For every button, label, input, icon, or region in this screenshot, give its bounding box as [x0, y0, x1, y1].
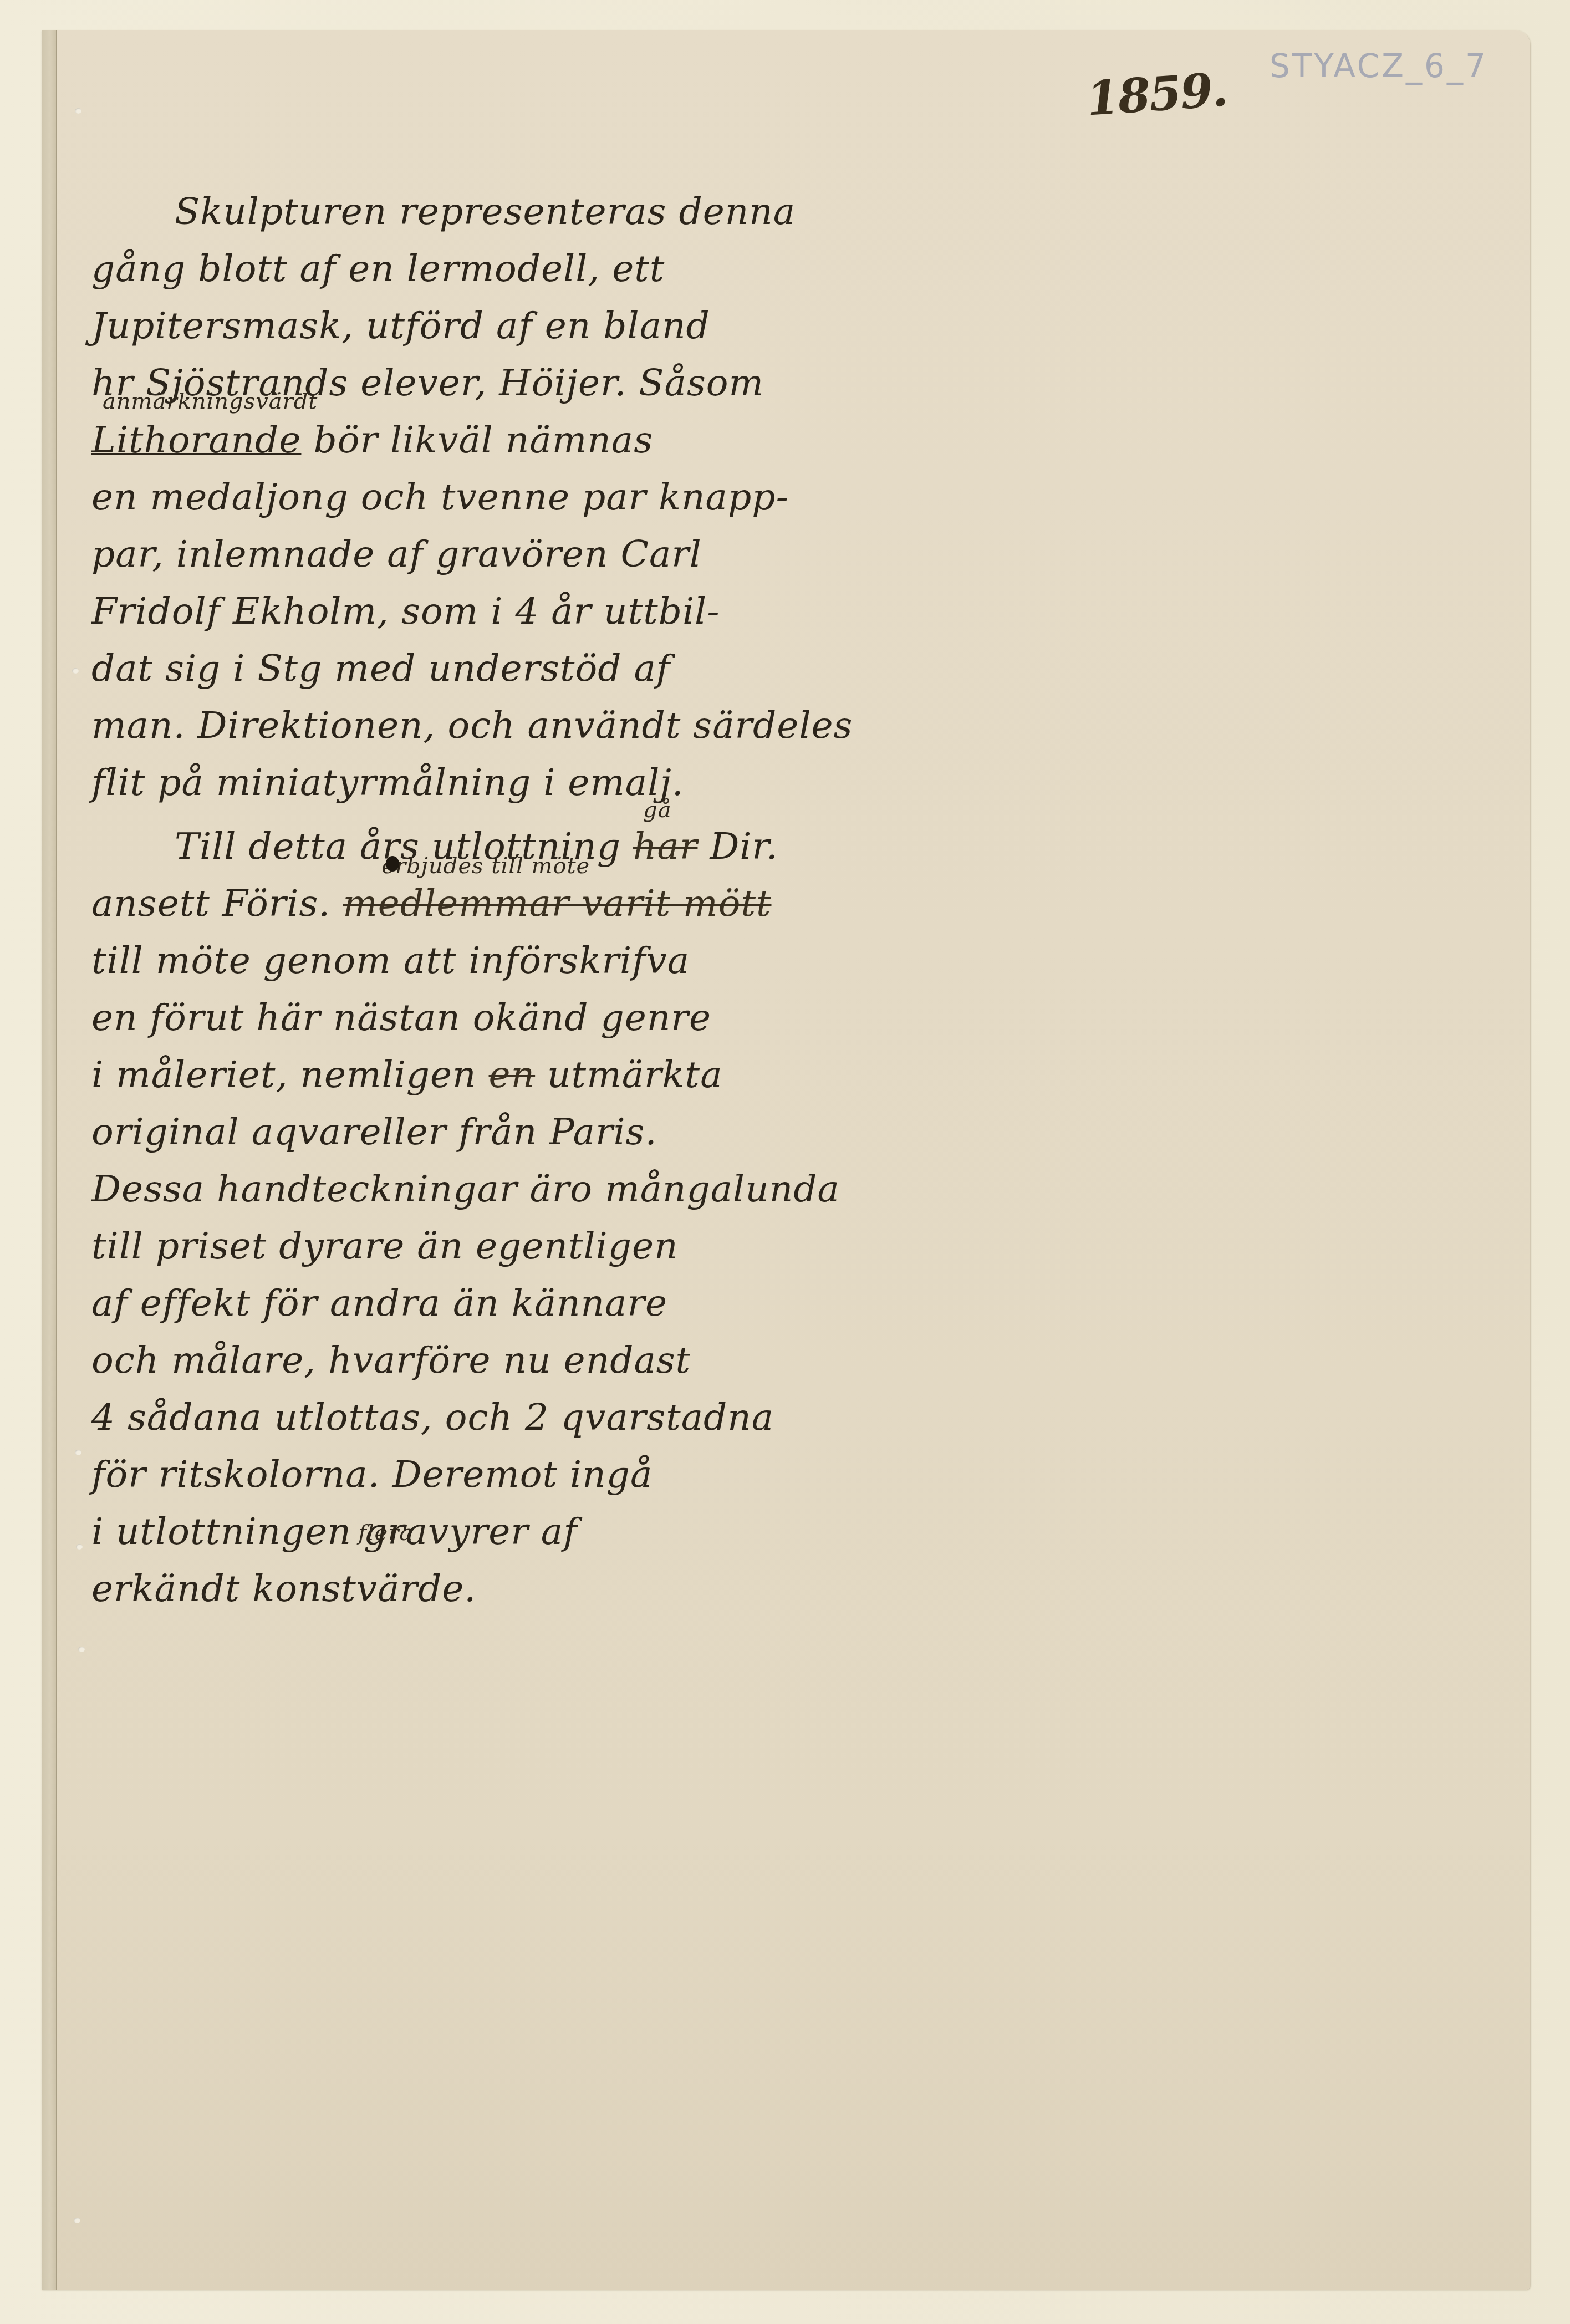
manuscript-line: en medaljong och tvenne par knapp- — [91, 468, 879, 526]
line-text: Fridolf Ekholm, som i 4 år uttbil- — [91, 590, 720, 633]
line-text: af effekt för andra än kännare — [91, 1282, 667, 1324]
manuscript-line: Fridolf Ekholm, som i 4 år uttbil- — [91, 583, 879, 640]
manuscript-line: för ritskolorna. Deremot ingå — [91, 1446, 879, 1503]
manuscript-line: af effekt för andra än kännare — [91, 1275, 879, 1332]
year-heading: 1859. — [1085, 62, 1229, 126]
line-text: man. Direktionen, och användt särdeles — [91, 704, 853, 747]
manuscript-line: och målare, hvarföre nu endast — [91, 1332, 879, 1389]
interlinear-insertion: erbjudes till möte — [381, 855, 590, 877]
struck-word: Lithorande — [91, 419, 301, 461]
manuscript-line: gång blott af en lermodell, ett — [91, 240, 879, 297]
manuscript-line: anmärkningsvärdt Lithorande bör likväl n… — [91, 411, 879, 468]
manuscript-line: man. Direktionen, och användt särdeles — [91, 697, 879, 754]
line-text: för ritskolorna. Deremot ingå — [91, 1453, 653, 1496]
line-text: erkändt konstvärde. — [91, 1567, 476, 1610]
struck-word: en — [489, 1053, 536, 1096]
line-text: flit på miniatyrmålning i emalj. — [91, 761, 684, 804]
line-text: gång blott af en lermodell, ett — [91, 247, 665, 290]
manuscript-line: Dessa handteckningar äro mångalunda — [91, 1160, 879, 1217]
manuscript-line: par, inlemnade af gravören Carl — [91, 526, 879, 583]
line-text: och målare, hvarföre nu endast — [91, 1339, 691, 1382]
binding-hole — [78, 1647, 85, 1652]
line-text: till möte genom att införskrifva — [91, 939, 690, 982]
binding-hole — [74, 2218, 80, 2223]
line-text: i utlottningen — [91, 1510, 364, 1553]
line-text: original aqvareller från Paris. — [91, 1110, 657, 1153]
manuscript-line: dat sig i Stg med understöd af — [91, 640, 879, 697]
manuscript-line: erkändt konstvärde. — [91, 1560, 879, 1617]
line-text: till priset dyrare än egentligen — [91, 1225, 678, 1267]
binding-hole — [76, 1544, 83, 1550]
manuscript-line: flit på miniatyrmålning i emalj. — [91, 754, 879, 811]
line-text: en medaljong och tvenne par knapp- — [91, 476, 789, 518]
manuscript-line: till möte genom att införskrifva — [91, 932, 879, 989]
line-text: utmärkta — [535, 1053, 722, 1096]
line-text: par, inlemnade af gravören Carl — [91, 533, 702, 575]
manuscript-line: 4 sådana utlottas, och 2 qvarstadna — [91, 1389, 879, 1446]
interlinear-insertion: gå — [643, 799, 671, 821]
struck-phrase: medlemmar varit mött — [343, 882, 771, 925]
manuscript-line: Jupitersmask, utförd af en bland — [91, 297, 879, 354]
line-text: Jupitersmask, utförd af en bland — [91, 304, 710, 347]
struck-word: har — [633, 825, 697, 868]
manuscript-line: original aqvareller från Paris. — [91, 1103, 879, 1160]
line-text: ansett Föris. — [91, 882, 343, 925]
interlinear-insertion: anmärkningsvärdt — [103, 390, 318, 412]
manuscript-line: en förut här nästan okänd genre — [91, 989, 879, 1046]
interlinear-insertion: flera — [358, 1522, 413, 1544]
line-text: dat sig i Stg med understöd af — [91, 647, 670, 690]
line-text: Dir. — [697, 825, 778, 868]
line-text: i måleriet, nemligen — [91, 1053, 489, 1096]
archive-code: STYACZ_6_7 — [1270, 47, 1488, 85]
manuscript-line: ansett Föris. erbjudes till mötemedlemma… — [91, 875, 879, 932]
manuscript-body: Skulpturen representeras denna gång blot… — [91, 183, 879, 1617]
manuscript-line: i utlottningen fleragravyrer af — [91, 1503, 879, 1560]
line-text: en förut här nästan okänd genre — [91, 996, 711, 1039]
binding-hole — [75, 108, 81, 114]
manuscript-line: i måleriet, nemligen en utmärkta — [91, 1046, 879, 1103]
binding-hole — [72, 668, 79, 674]
line-text: bör likväl nämnas — [301, 419, 653, 461]
manuscript-line: Skulpturen representeras denna — [91, 183, 879, 240]
line-text: Skulpturen representeras denna — [175, 190, 796, 233]
binding-hole — [75, 1450, 81, 1455]
manuscript-line: till priset dyrare än egentligen — [91, 1217, 879, 1275]
line-text: Dessa handteckningar äro mångalunda — [91, 1168, 840, 1210]
line-text: 4 sådana utlottas, och 2 qvarstadna — [91, 1396, 774, 1439]
